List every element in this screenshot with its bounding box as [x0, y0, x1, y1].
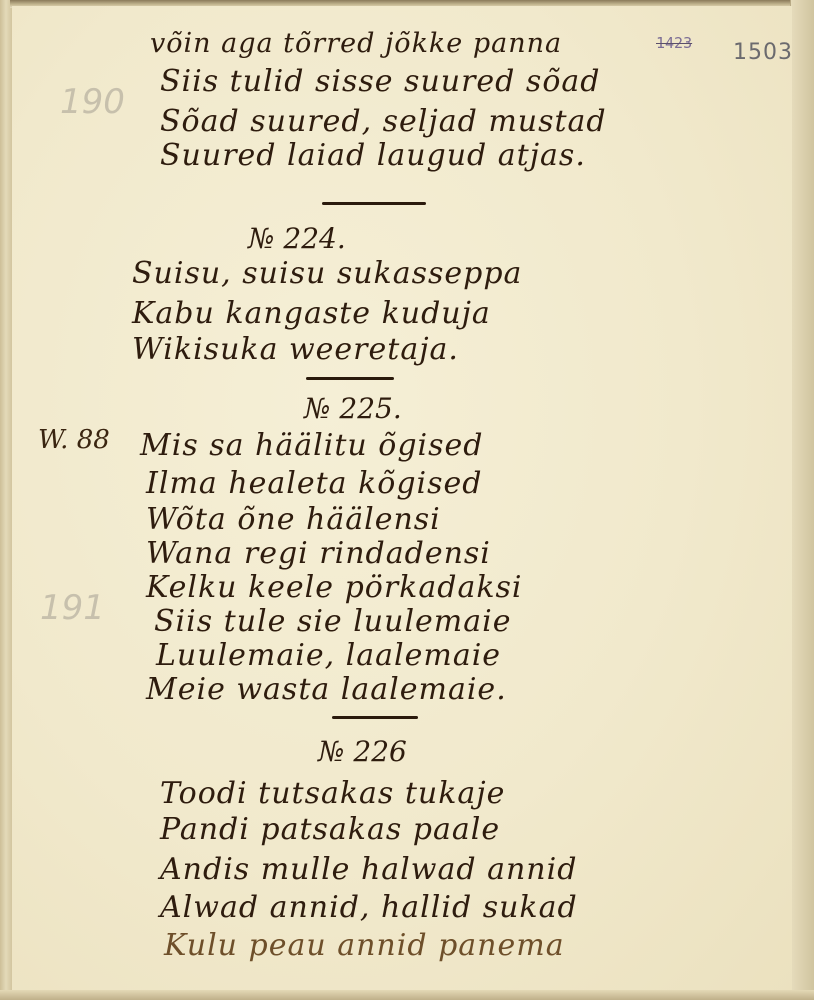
verse-line: Mis sa häälitu õgised: [140, 428, 483, 463]
margin-reference: W. 88: [38, 425, 110, 455]
pencil-page-number-190: 190: [60, 82, 125, 122]
section-divider: [322, 202, 426, 205]
verse-line: Alwad annid, hallid sukad: [160, 890, 578, 925]
pencil-page-number-191: 191: [40, 588, 105, 628]
verse-line: Suured laiad laugud atjas.: [160, 138, 586, 173]
verse-line: Toodi tutsakas tukaje: [160, 776, 505, 811]
struck-archive-number: 1423: [656, 34, 692, 52]
verse-line: Sõad suured, seljad mustad: [160, 104, 607, 139]
verse-line: Pandi patsakas paale: [160, 812, 500, 847]
section-divider: [332, 716, 418, 719]
archive-number: 1503: [733, 40, 793, 65]
song-number-225: № 225.: [304, 392, 402, 425]
verse-line: Siis tulid sisse suured sõad: [160, 64, 600, 99]
verse-line: Suisu, suisu sukasseppa: [132, 256, 522, 291]
verse-line: Wikisuka weeretaja.: [132, 332, 459, 367]
page-bottom-edge: [0, 990, 814, 1000]
verse-line: Luulemaie, laalemaie: [156, 638, 501, 673]
verse-line: Ilma healeta kõgised: [146, 466, 483, 501]
verse-line: Wana regi rindadensi: [146, 536, 491, 571]
verse-line: Meie wasta laalemaie.: [146, 672, 507, 707]
song-number-224: № 224.: [248, 222, 346, 255]
verse-line: Andis mulle halwad annid: [160, 852, 577, 887]
verse-line: Kabu kangaste kuduja: [132, 296, 491, 331]
verse-line: Siis tule sie luulemaie: [154, 604, 511, 639]
song-number-226: № 226: [318, 735, 407, 768]
verse-line: võin aga tõrred jõkke panna: [150, 28, 562, 59]
verse-line: Wõta õne häälensi: [146, 502, 441, 537]
page-stack-right-edge: [790, 0, 814, 1000]
verse-line: Kulu peau annid panema: [164, 928, 565, 963]
verse-line: Kelku keele pörkadaksi: [146, 570, 523, 605]
section-divider: [306, 377, 394, 380]
